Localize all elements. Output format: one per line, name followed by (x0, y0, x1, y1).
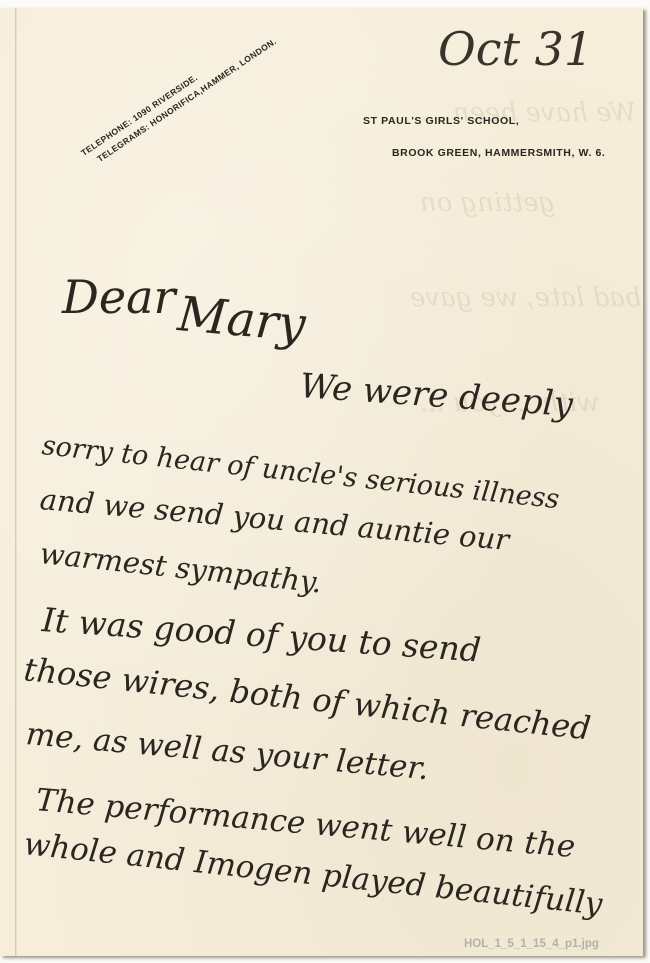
page-fold-line (15, 8, 17, 956)
salutation-name: Mary (176, 286, 308, 353)
letter-line: me, as well as your letter. (24, 716, 430, 787)
letter-date: Oct 31 (438, 22, 593, 76)
letter-page: We have been ... getting on bad late, we… (0, 8, 643, 956)
bleed-through-text: getting on (420, 188, 555, 218)
letter-line: warmest sympathy. (38, 536, 323, 599)
letterhead-contact: TELEPHONE: 1090 RIVERSIDE. TELEGRAMS: HO… (78, 23, 279, 171)
salutation-dear: Dear (62, 270, 176, 324)
letterhead-telegrams: TELEGRAMS: HONORIFICA,HAMMER, LONDON. (94, 34, 279, 165)
file-name-label: HOL_1_5_1_15_4_p1.jpg (464, 938, 599, 950)
letterhead-school-name: ST PAUL'S GIRLS' SCHOOL, (363, 115, 519, 127)
letterhead-address: BROOK GREEN, HAMMERSMITH, W. 6. (392, 147, 605, 159)
letterhead-telephone: TELEPHONE: 1090 RIVERSIDE. (78, 23, 271, 160)
bleed-through-text: bad late, we gave (410, 283, 641, 313)
